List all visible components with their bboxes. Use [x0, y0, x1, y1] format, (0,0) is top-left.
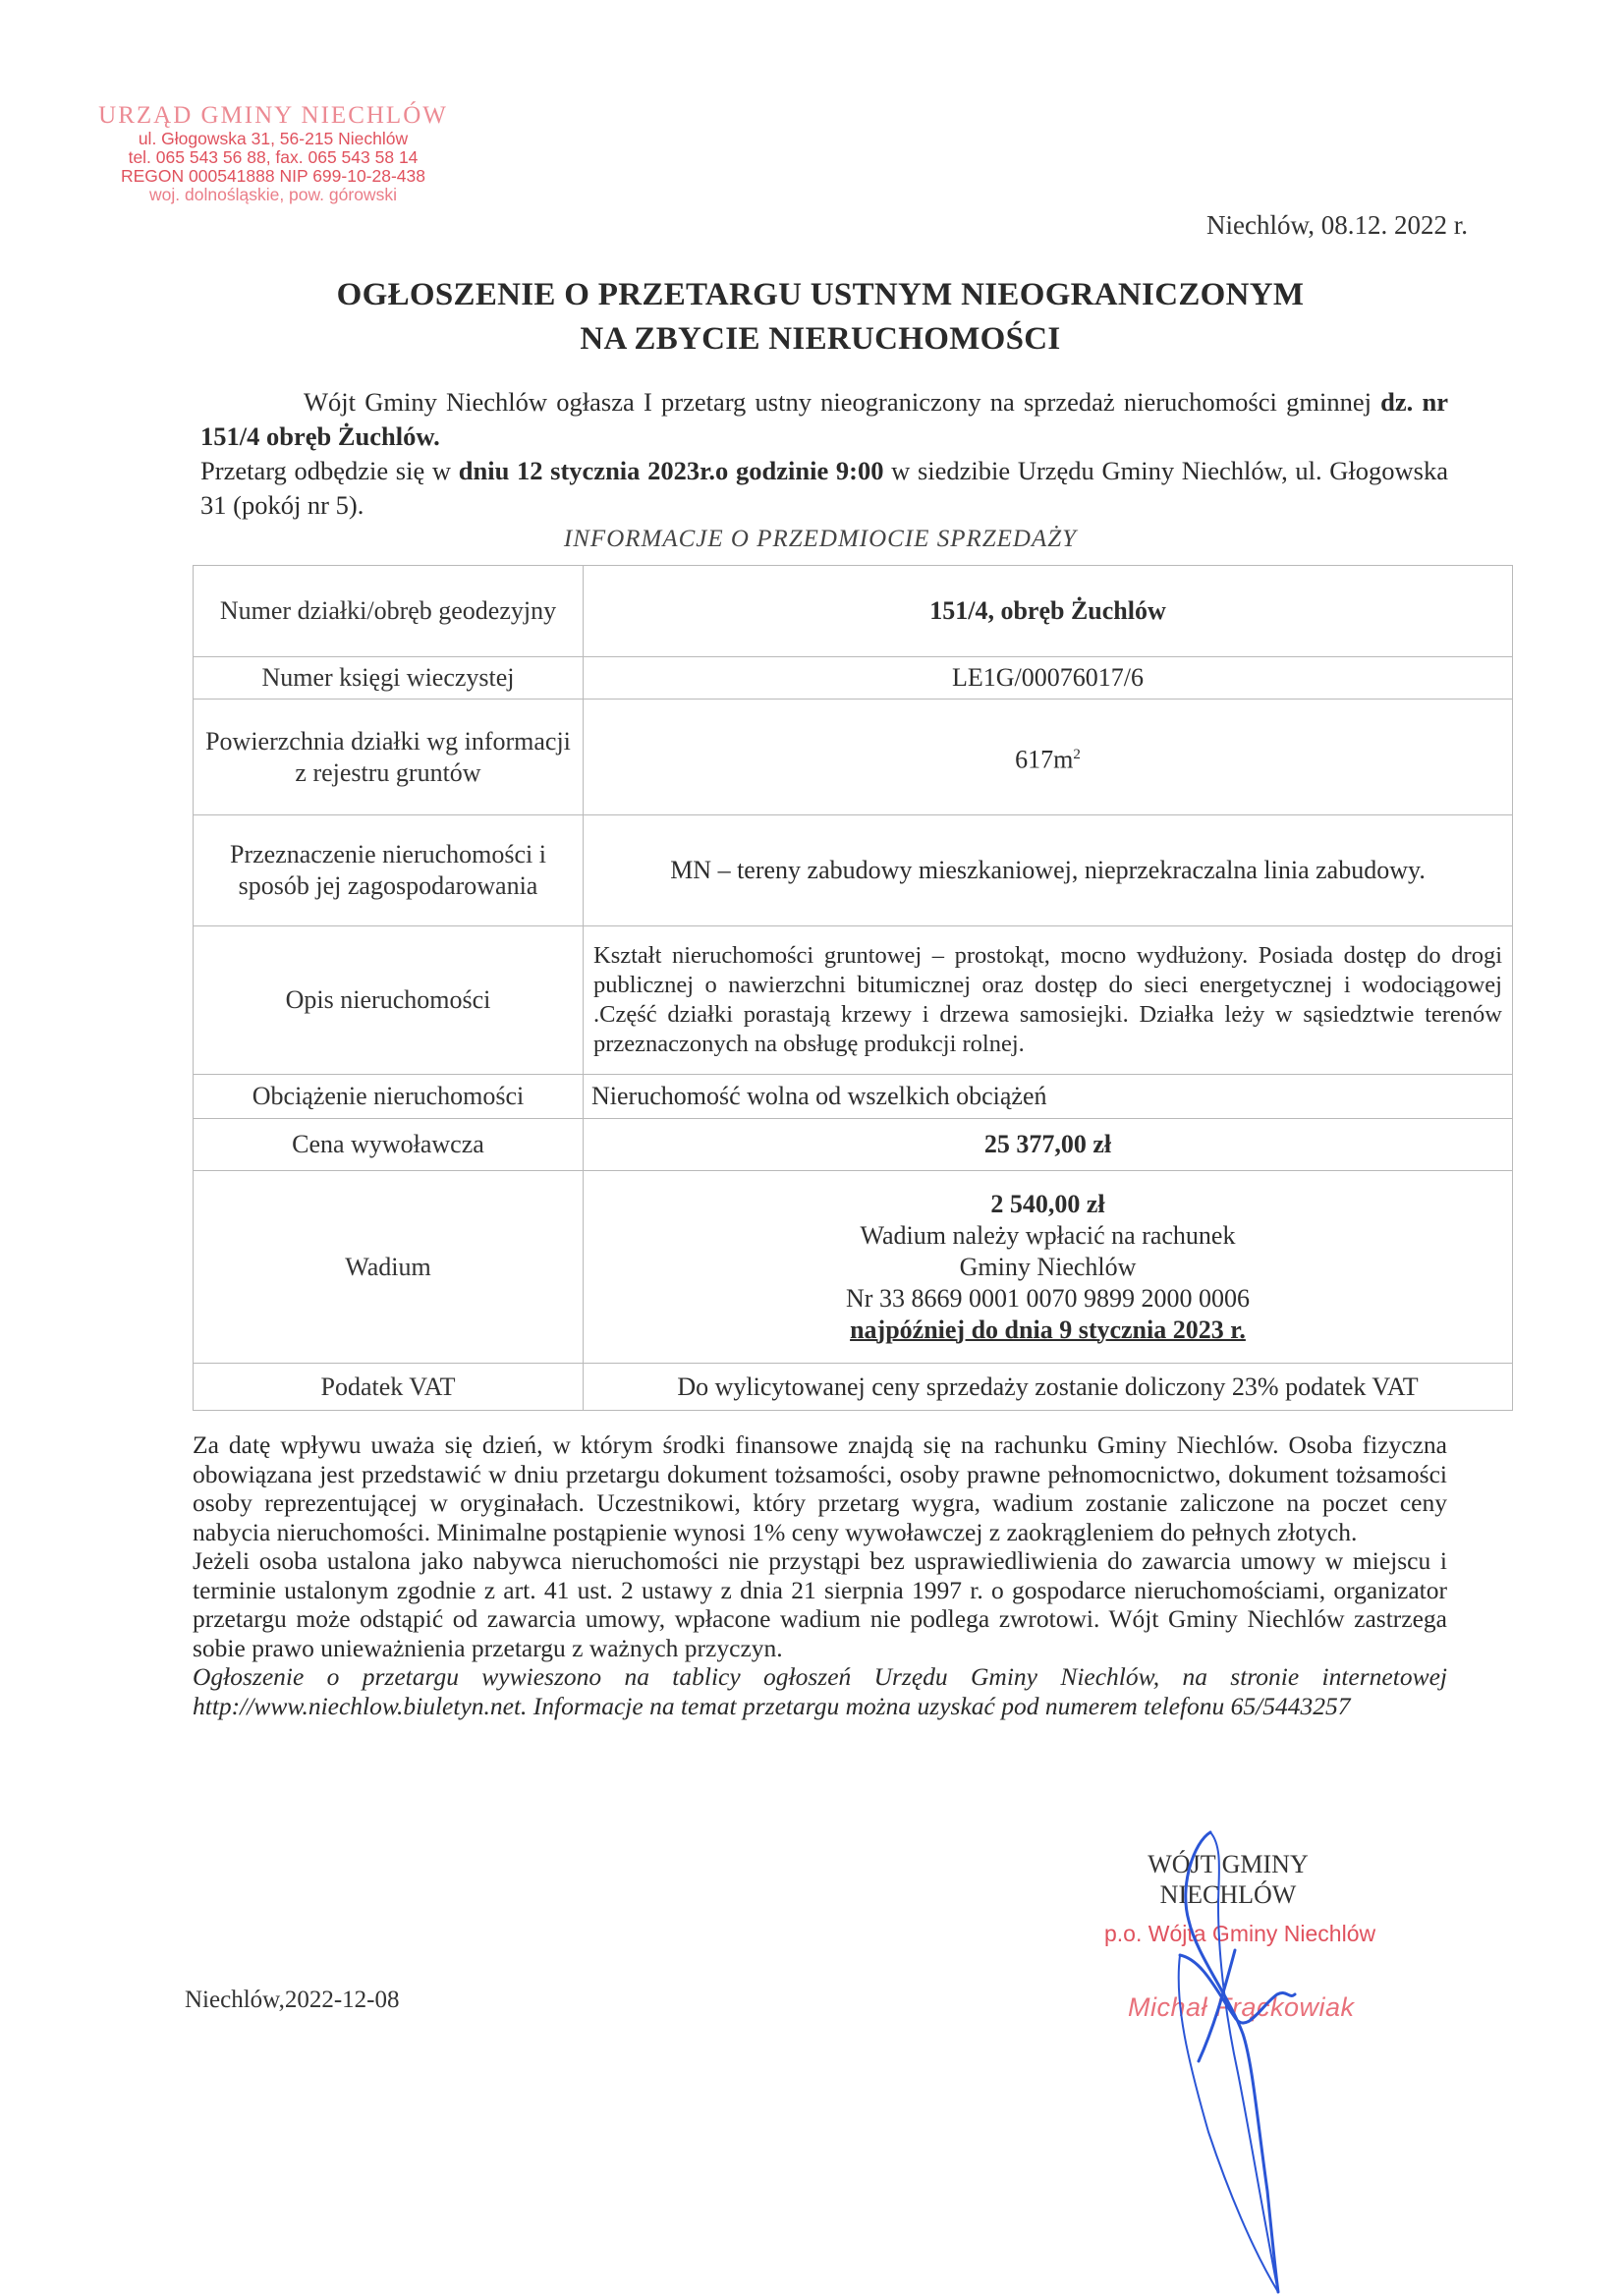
auction-text: Przetarg odbędzie się w — [200, 456, 459, 485]
deposit-amount: 2 540,00 zł — [591, 1189, 1504, 1220]
area-unit-exponent: 2 — [1073, 747, 1081, 762]
title-line-2: NA ZBYCIE NIERUCHOMOŚCI — [255, 317, 1385, 362]
row-value: Do wylicytowanej ceny sprzedaży zostanie… — [584, 1364, 1513, 1411]
signatory-stamp-role: p.o. Wójta Gminy Niechlów — [1104, 1921, 1375, 1947]
intro: Wójt Gminy Niechlów ogłasza I przetarg u… — [200, 385, 1448, 523]
intro-text: Wójt Gminy Niechlów ogłasza I przetarg u… — [304, 387, 1380, 417]
footer-date: Niechlów,2022-12-08 — [185, 1987, 399, 2014]
table-row: Podatek VAT Do wylicytowanej ceny sprzed… — [194, 1364, 1513, 1411]
row-value: MN – tereny zabudowy mieszkaniowej, niep… — [584, 815, 1513, 926]
stamp-region: woj. dolnośląskie, pow. górowski — [90, 186, 456, 204]
terms-paragraph-2: Jeżeli osoba ustalona jako nabywca nieru… — [193, 1546, 1447, 1662]
row-label: Przeznaczenie nieruchomości i sposób jej… — [194, 815, 584, 926]
stamp-contact: tel. 065 543 56 88, fax. 065 543 58 14 — [90, 148, 456, 167]
row-value: 151/4, obręb Żuchlów — [584, 566, 1513, 657]
starting-price: 25 377,00 zł — [584, 1119, 1513, 1171]
auction-datetime: dniu 12 stycznia 2023r.o godzinie 9:00 — [459, 456, 884, 485]
bank-account-number: Nr 33 8669 0001 0070 9899 2000 0006 — [591, 1283, 1504, 1315]
signatory-stamp-name: Michał Frąckowiak — [1128, 1992, 1355, 2023]
row-value: Kształt nieruchomości gruntowej – prosto… — [584, 926, 1513, 1075]
row-label: Podatek VAT — [194, 1364, 584, 1411]
row-value: Nieruchomość wolna od wszelkich obciążeń — [584, 1075, 1513, 1119]
stamp-ids: REGON 000541888 NIP 699-10-28-438 — [90, 167, 456, 186]
table-caption: INFORMACJE O PRZEDMIOCIE SPRZEDAŻY — [196, 526, 1444, 553]
document-title: OGŁOSZENIE O PRZETARGU USTNYM NIEOGRANIC… — [255, 273, 1385, 362]
row-label: Wadium — [194, 1171, 584, 1364]
property-info-table: Numer działki/obręb geodezyjny 151/4, ob… — [193, 565, 1513, 1411]
table-row: Przeznaczenie nieruchomości i sposób jej… — [194, 815, 1513, 926]
table-row: Powierzchnia działki wg informacji z rej… — [194, 700, 1513, 815]
deposit-instruction: Wadium należy wpłacić na rachunek — [591, 1220, 1504, 1252]
intro-paragraph-2: Przetarg odbędzie się w dniu 12 stycznia… — [200, 454, 1448, 523]
table-row: Obciążenie nieruchomości Nieruchomość wo… — [194, 1075, 1513, 1119]
publication-note: Ogłoszenie o przetargu wywieszono na tab… — [193, 1662, 1447, 1720]
table-row: Opis nieruchomości Kształt nieruchomości… — [194, 926, 1513, 1075]
stamp-title: URZĄD GMINY NIECHLÓW — [90, 102, 456, 130]
row-label: Numer księgi wieczystej — [194, 657, 584, 700]
stamp-address: ul. Głogowska 31, 56-215 Niechlów — [90, 130, 456, 148]
row-label: Powierzchnia działki wg informacji z rej… — [194, 700, 584, 815]
deposit-recipient: Gminy Niechlów — [591, 1252, 1504, 1283]
row-value: 617m2 — [584, 700, 1513, 815]
table-row: Wadium 2 540,00 zł Wadium należy wpłacić… — [194, 1171, 1513, 1364]
terms-paragraph-1: Za datę wpływu uważa się dzień, w którym… — [193, 1430, 1447, 1546]
row-label: Obciążenie nieruchomości — [194, 1075, 584, 1119]
row-label: Cena wywoławcza — [194, 1119, 584, 1171]
intro-paragraph-1: Wójt Gminy Niechlów ogłasza I przetarg u… — [200, 385, 1448, 454]
row-label: Numer działki/obręb geodezyjny — [194, 566, 584, 657]
document-date: Niechlów, 08.12. 2022 r. — [1081, 210, 1468, 241]
office-stamp: URZĄD GMINY NIECHLÓW ul. Głogowska 31, 5… — [90, 102, 456, 204]
terms-section: Za datę wpływu uważa się dzień, w którym… — [193, 1430, 1447, 1720]
deposit-deadline: najpóźniej do dnia 9 stycznia 2023 r. — [591, 1315, 1504, 1346]
area-value: 617m — [1015, 745, 1073, 773]
deposit-details: 2 540,00 zł Wadium należy wpłacić na rac… — [584, 1171, 1513, 1364]
table-row: Numer księgi wieczystej LE1G/00076017/6 — [194, 657, 1513, 700]
row-value: LE1G/00076017/6 — [584, 657, 1513, 700]
signatory-title: WÓJT GMINY NIECHLÓW — [1105, 1849, 1351, 1910]
table-row: Numer działki/obręb geodezyjny 151/4, ob… — [194, 566, 1513, 657]
title-line-1: OGŁOSZENIE O PRZETARGU USTNYM NIEOGRANIC… — [255, 273, 1385, 317]
signatory-line-2: NIECHLÓW — [1105, 1879, 1351, 1910]
table-row: Cena wywoławcza 25 377,00 zł — [194, 1119, 1513, 1171]
signatory-line-1: WÓJT GMINY — [1105, 1849, 1351, 1879]
row-label: Opis nieruchomości — [194, 926, 584, 1075]
